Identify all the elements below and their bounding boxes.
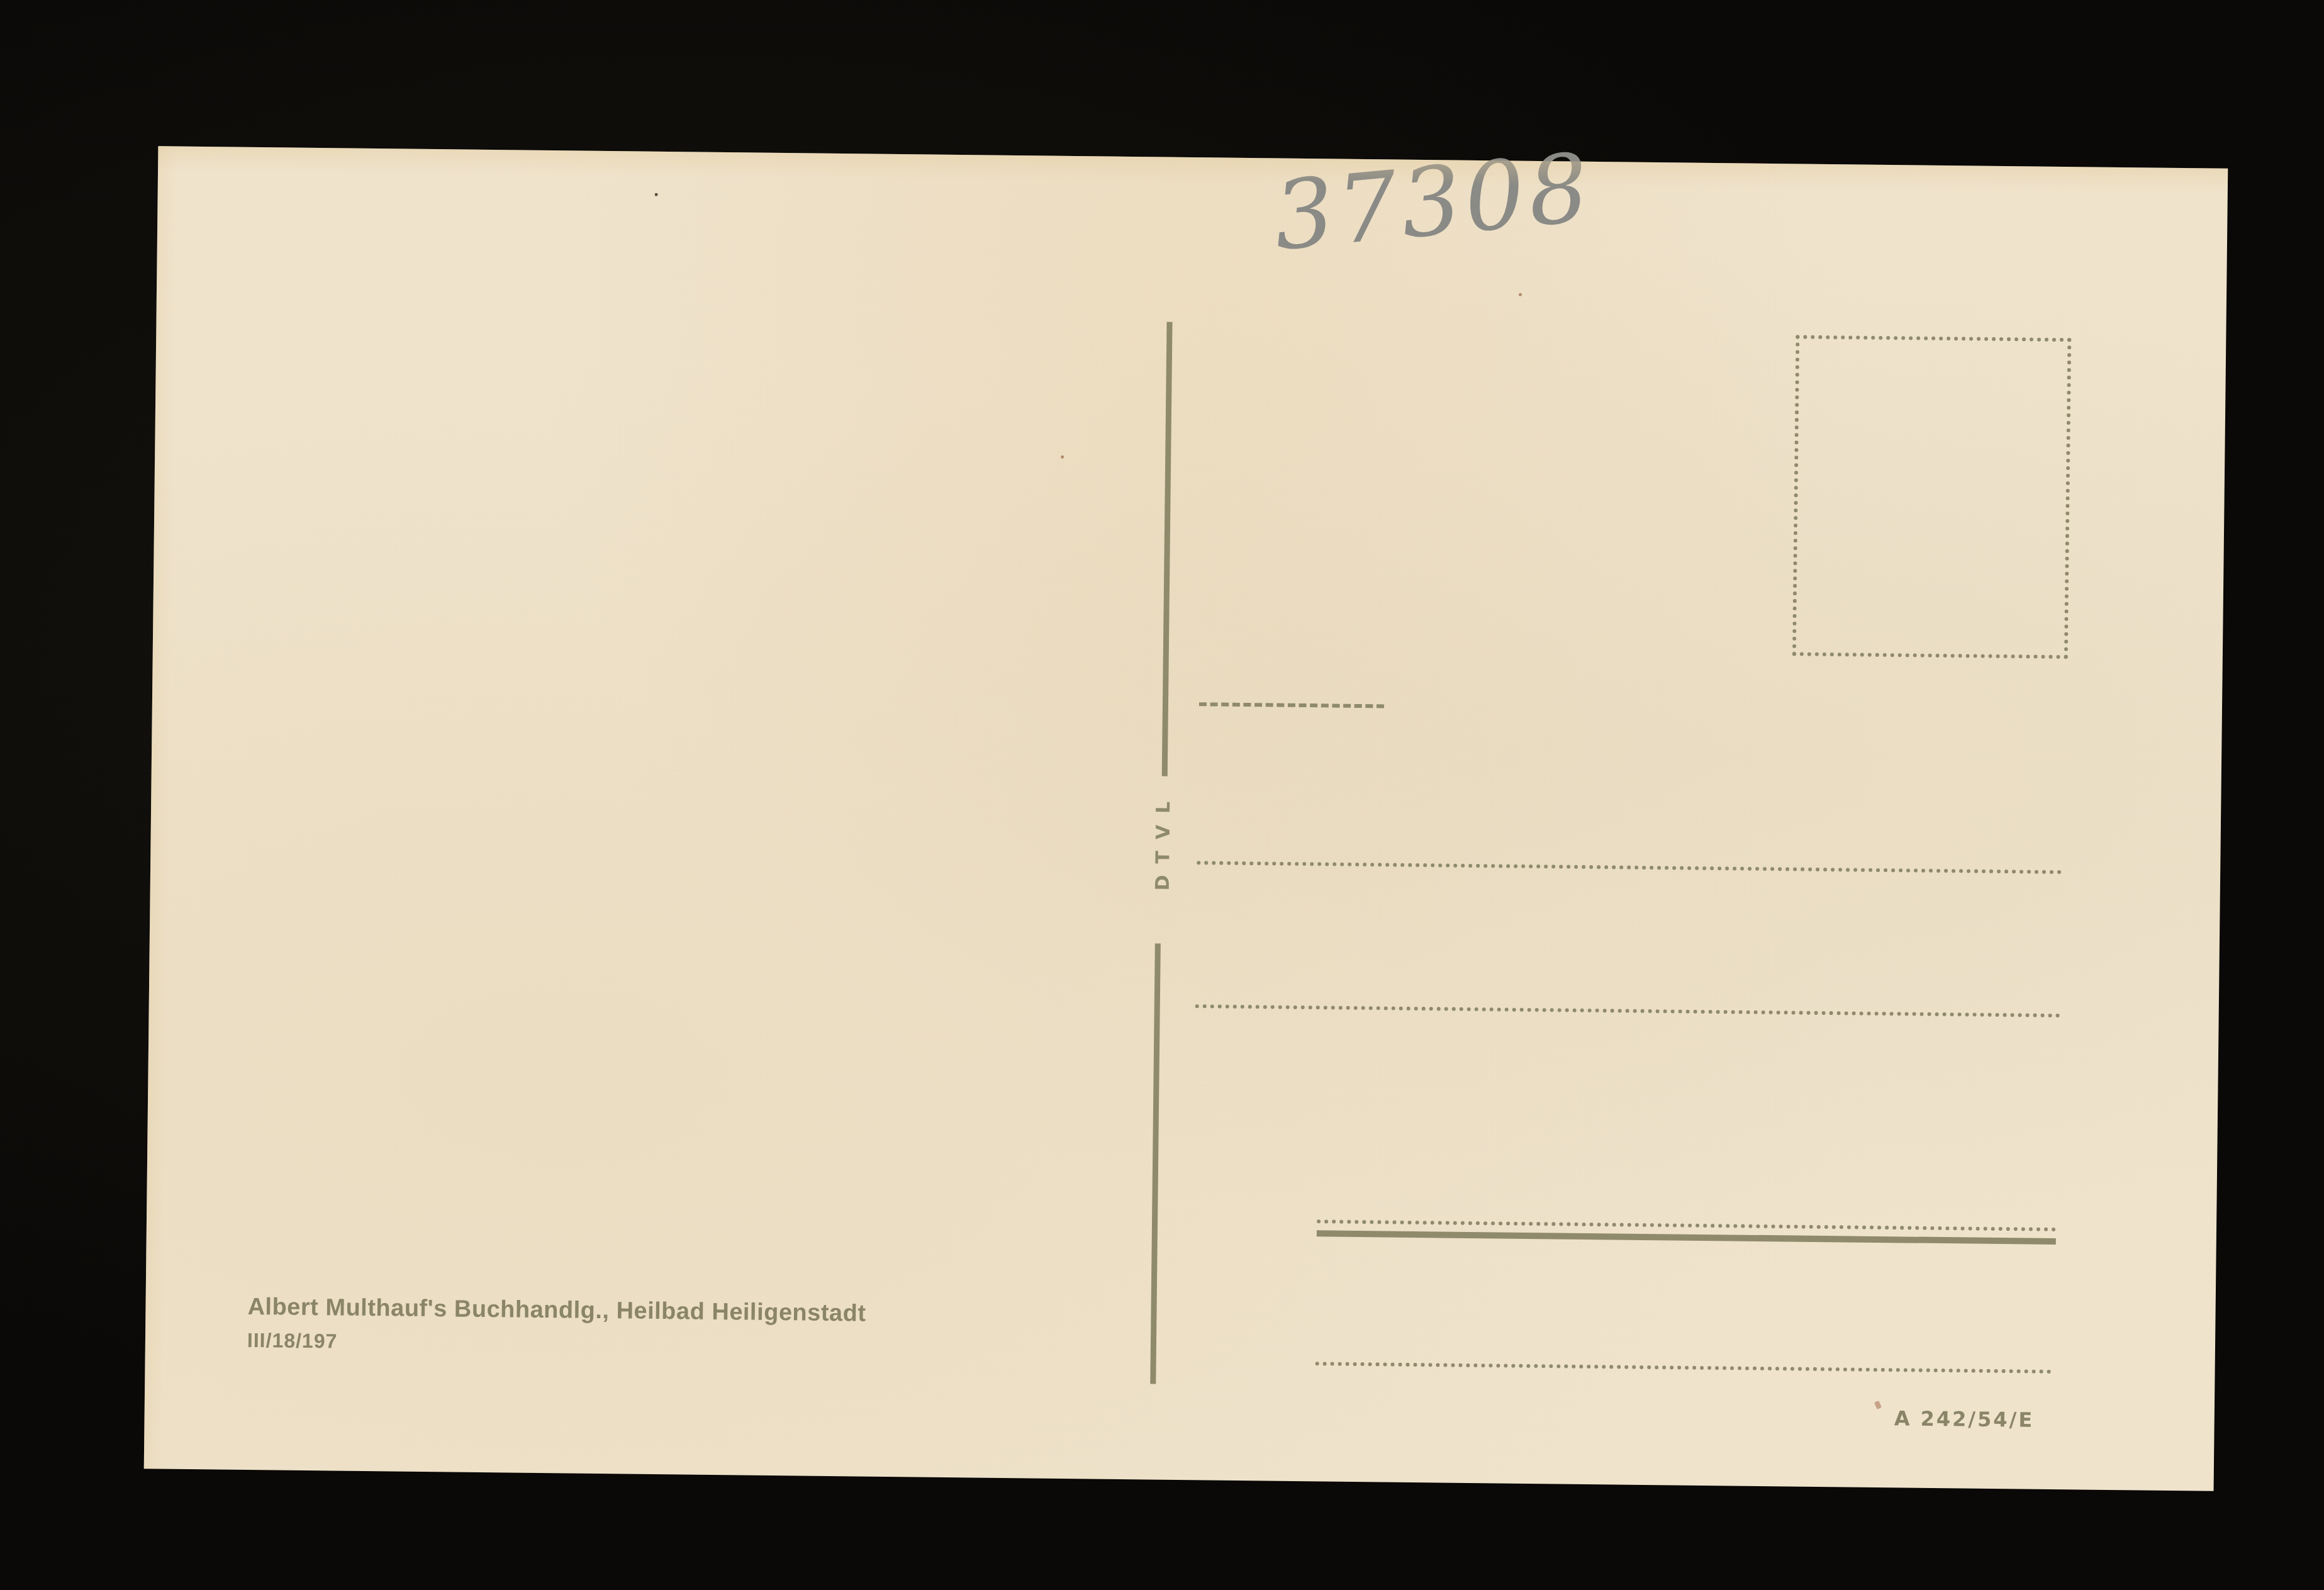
paper-speck — [655, 193, 658, 196]
address-line-3 — [1317, 1219, 2056, 1231]
address-line-short — [1199, 702, 1384, 708]
center-divider-line-lower — [1150, 943, 1161, 1384]
publisher-license-number: III/18/197 — [247, 1329, 338, 1353]
handwritten-inventory-number: 37308 — [1269, 133, 1597, 272]
paper-speck — [1519, 293, 1522, 296]
paper-speck — [1061, 456, 1064, 459]
scan-background: 37308 DTVL Albert Multhauf's Buchhandlg.… — [0, 0, 2324, 1590]
postcard: 37308 DTVL Albert Multhauf's Buchhandlg.… — [144, 146, 2228, 1491]
print-code: A 242/54/E — [1894, 1406, 2035, 1431]
address-line-3-underline — [1317, 1230, 2056, 1245]
address-line-2 — [1195, 1004, 2060, 1017]
address-line-1 — [1197, 861, 2062, 874]
address-line-4 — [1316, 1362, 2052, 1374]
red-mark — [1874, 1401, 1882, 1409]
divider-label: DTVL — [1151, 790, 1177, 890]
center-divider-line-upper — [1162, 322, 1173, 776]
stamp-placeholder-box — [1792, 335, 2071, 659]
publisher-imprint: Albert Multhauf's Buchhandlg., Heilbad H… — [247, 1294, 866, 1328]
